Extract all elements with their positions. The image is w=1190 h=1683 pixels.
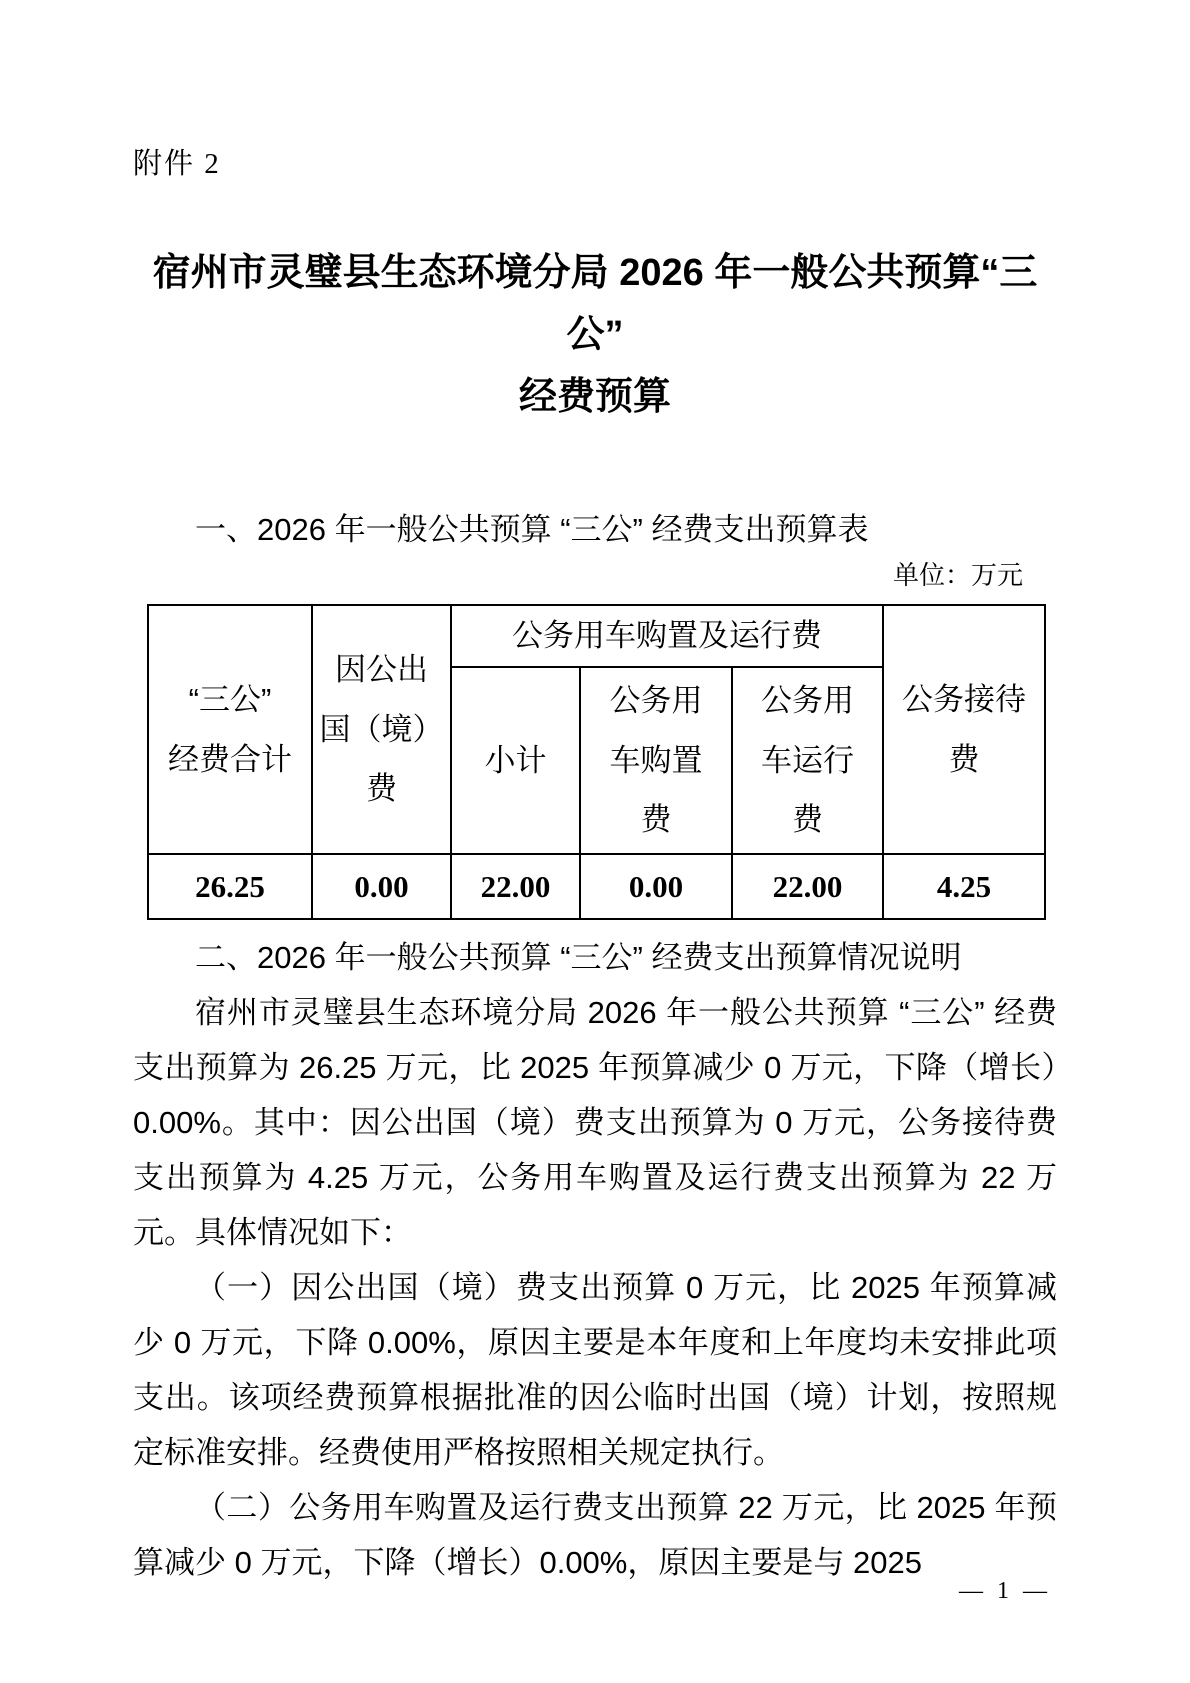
- value-vehicle-operation: 22.00: [732, 854, 883, 919]
- header-vehicle-group: 公务用车购置及运行费: [451, 605, 883, 667]
- value-three-public-total: 26.25: [148, 854, 312, 919]
- page-number: — 1 —: [959, 1578, 1051, 1605]
- document-title-line2: 经费预算: [133, 366, 1057, 428]
- paragraph-abroad-explanation: （一）因公出国（境）费支出预算 0 万元，比 2025 年预算减少 0 万元，下…: [133, 1260, 1057, 1480]
- attachment-label: 附件 2: [133, 146, 1057, 182]
- paragraph-overview: 宿州市灵璧县生态环境分局 2026 年一般公共预算 “三公” 经费支出预算为 2…: [133, 985, 1057, 1260]
- value-abroad-fee: 0.00: [312, 854, 451, 919]
- document-page: 附件 2 宿州市灵璧县生态环境分局 2026 年一般公共预算“三公” 经费预算 …: [0, 0, 1190, 1683]
- table-header-row-1: “三公” 经费合计 因公出 国（境） 费 公务用车购置及运行费 公务接待 费: [148, 605, 1045, 667]
- section2-body: 二、2026 年一般公共预算 “三公” 经费支出预算情况说明 宿州市灵璧县生态环…: [133, 930, 1057, 1590]
- paragraph-vehicle-explanation: （二）公务用车购置及运行费支出预算 22 万元，比 2025 年预算减少 0 万…: [133, 1480, 1057, 1590]
- header-three-public-total: “三公” 经费合计: [148, 605, 312, 854]
- section1-heading: 一、2026 年一般公共预算 “三公” 经费支出预算表: [133, 508, 1057, 552]
- header-abroad-fee: 因公出 国（境） 费: [312, 605, 451, 854]
- value-vehicle-subtotal: 22.00: [451, 854, 580, 919]
- header-reception-fee: 公务接待 费: [883, 605, 1045, 854]
- value-vehicle-purchase: 0.00: [580, 854, 732, 919]
- table-value-row: 26.25 0.00 22.00 0.00 22.00 4.25: [148, 854, 1045, 919]
- document-title-line1: 宿州市灵璧县生态环境分局 2026 年一般公共预算“三公”: [133, 242, 1057, 366]
- value-reception-fee: 4.25: [883, 854, 1045, 919]
- table-unit-note: 单位：万元: [133, 558, 1057, 592]
- document-title: 宿州市灵璧县生态环境分局 2026 年一般公共预算“三公” 经费预算: [133, 242, 1057, 428]
- section2-heading: 二、2026 年一般公共预算 “三公” 经费支出预算情况说明: [133, 930, 1057, 985]
- budget-table: “三公” 经费合计 因公出 国（境） 费 公务用车购置及运行费 公务接待 费 小…: [147, 604, 1046, 920]
- header-vehicle-subtotal: 小计: [451, 667, 580, 854]
- header-vehicle-operation: 公务用 车运行 费: [732, 667, 883, 854]
- header-vehicle-purchase: 公务用 车购置 费: [580, 667, 732, 854]
